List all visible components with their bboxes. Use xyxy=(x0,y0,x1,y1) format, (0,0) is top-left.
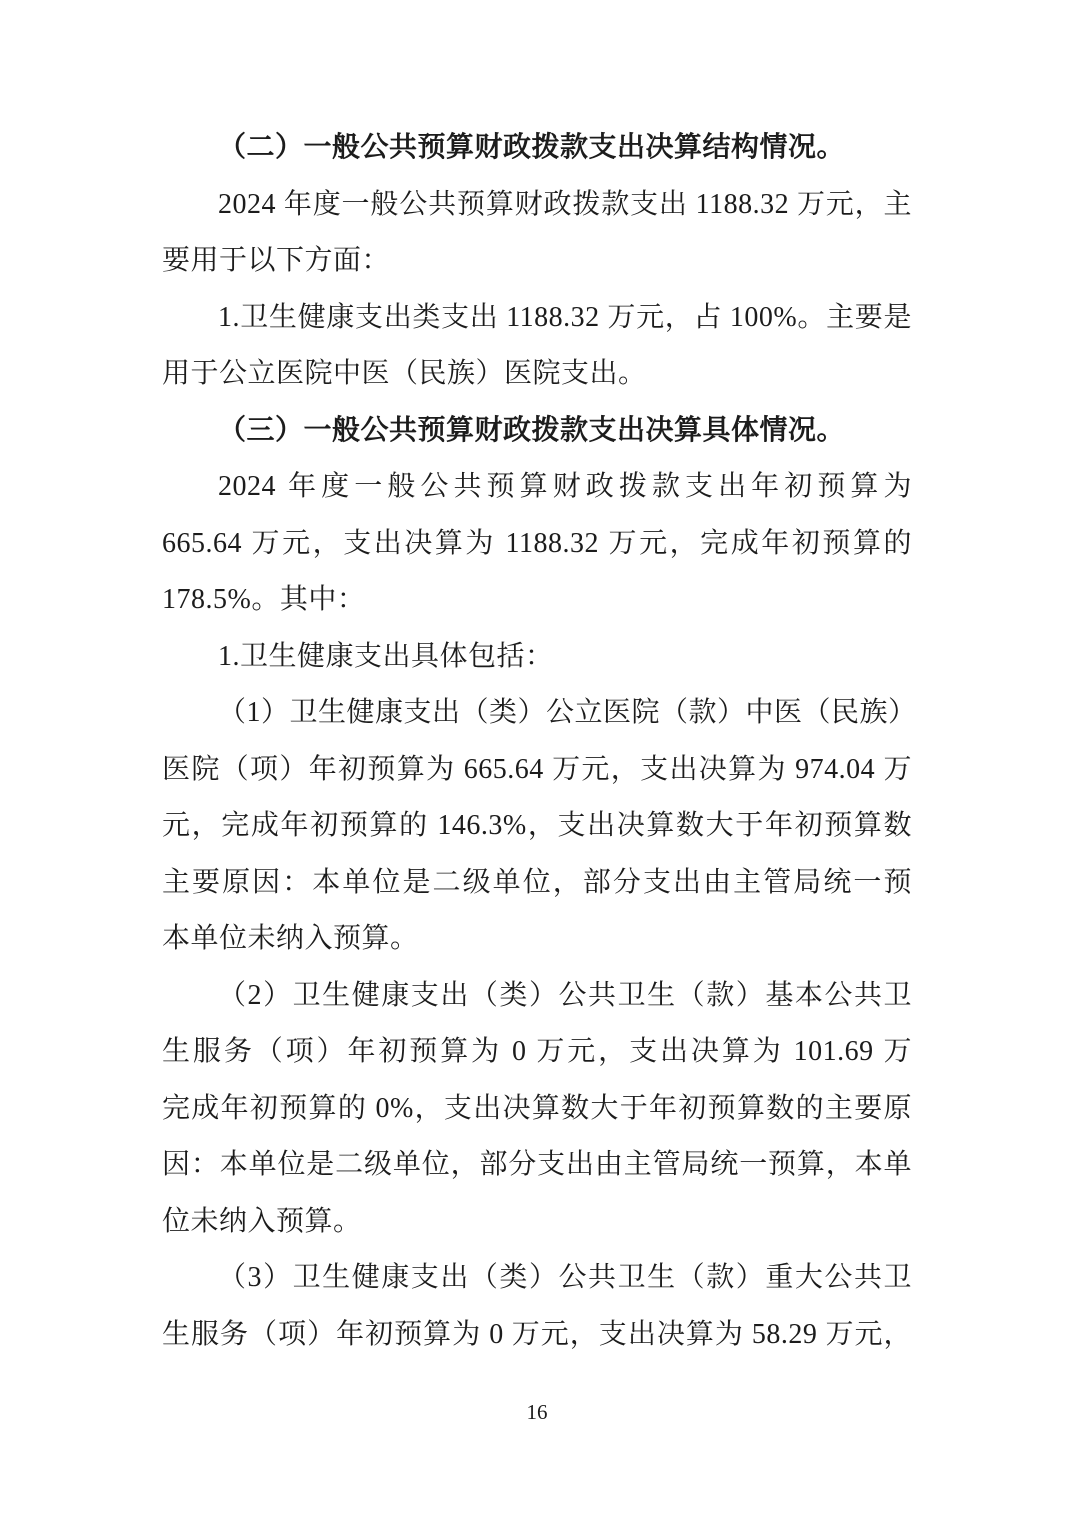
text-line: 要用于以下方面： xyxy=(162,233,912,290)
text-line: 665.64 万元，支出决算为 1188.32 万元，完成年初预算的 xyxy=(162,516,912,573)
text-line: （3）卫生健康支出（类）公共卫生（款）重大公共卫 xyxy=(162,1250,912,1307)
text-line: 1.卫生健康支出具体包括： xyxy=(162,629,912,686)
text-line: 因：本单位是二级单位，部分支出由主管局统一预算，本单 xyxy=(162,1137,912,1194)
text-line: （2）卫生健康支出（类）公共卫生（款）基本公共卫 xyxy=(162,968,912,1025)
text-line: 生服务（项）年初预算为 0 万元，支出决算为 101.69 万元， xyxy=(162,1024,912,1081)
section-heading-2: （二）一般公共预算财政拨款支出决算结构情况。 xyxy=(162,120,912,177)
page-number: 16 xyxy=(0,1400,1074,1425)
document-page: （二）一般公共预算财政拨款支出决算结构情况。 2024 年度一般公共预算财政拨款… xyxy=(0,0,1074,1520)
text-line: 178.5%。其中： xyxy=(162,572,912,629)
text-line: 主要原因：本单位是二级单位，部分支出由主管局统一预算， xyxy=(162,855,912,912)
text-block: （二）一般公共预算财政拨款支出决算结构情况。 2024 年度一般公共预算财政拨款… xyxy=(162,120,912,1363)
text-line: 本单位未纳入预算。 xyxy=(162,911,912,968)
text-line: 生服务（项）年初预算为 0 万元，支出决算为 58.29 万元， xyxy=(162,1307,912,1364)
text-line: 医院（项）年初预算为 665.64 万元，支出决算为 974.04 万 xyxy=(162,742,912,799)
text-line: 1.卫生健康支出类支出 1188.32 万元，占 100%。主要是 xyxy=(162,290,912,347)
text-line: 2024 年度一般公共预算财政拨款支出 1188.32 万元，主 xyxy=(162,177,912,234)
text-line: 位未纳入预算。 xyxy=(162,1194,912,1251)
text-line: 元，完成年初预算的 146.3%，支出决算数大于年初预算数的 xyxy=(162,798,912,855)
text-line: 2024 年度一般公共预算财政拨款支出年初预算为 xyxy=(162,459,912,516)
text-line: 完成年初预算的 0%，支出决算数大于年初预算数的主要原 xyxy=(162,1081,912,1138)
text-line: （1）卫生健康支出（类）公立医院（款）中医（民族） xyxy=(162,685,912,742)
text-line: 用于公立医院中医（民族）医院支出。 xyxy=(162,346,912,403)
section-heading-3: （三）一般公共预算财政拨款支出决算具体情况。 xyxy=(162,403,912,460)
